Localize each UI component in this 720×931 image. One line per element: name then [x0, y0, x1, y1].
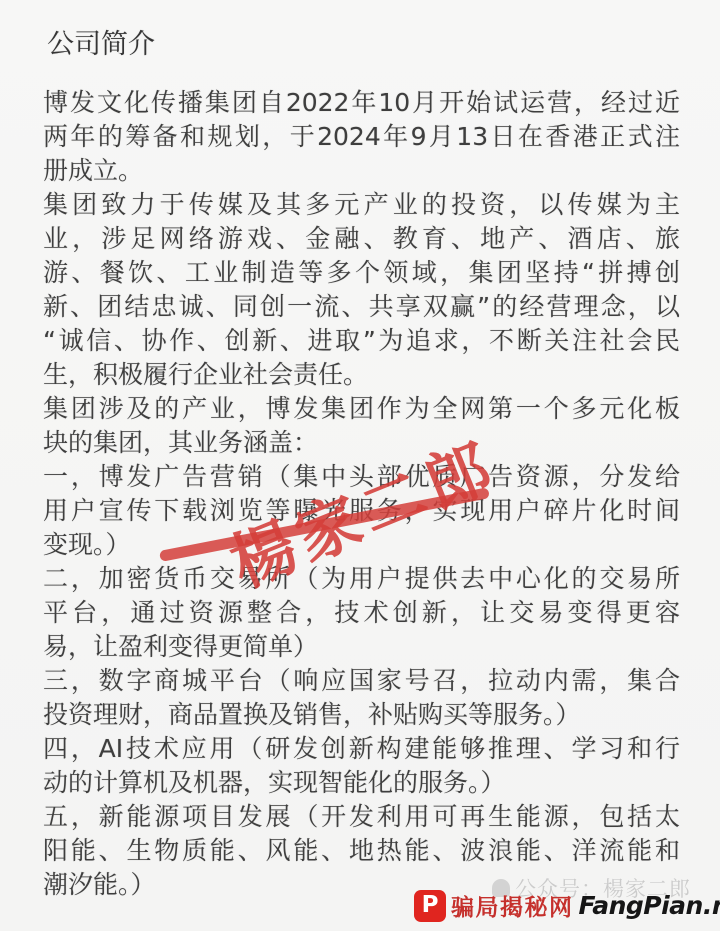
- body-line: 游、餐饮、工业制造等多个领域，集团坚持“拼搏创: [43, 256, 680, 290]
- body-line: 变现。）: [43, 528, 680, 562]
- list-item-1-advertising: 一，博发广告营销（集中头部优质广告资源，分发给 用户宣传下载浏览等曝光服务，实现…: [43, 460, 680, 562]
- body-line: 册成立。: [43, 154, 680, 188]
- body-line: 集团致力于传媒及其多元产业的投资，以传媒为主: [43, 188, 680, 222]
- body-line: 业，涉足网络游戏、金融、教育、地产、酒店、旅: [43, 222, 680, 256]
- body-line: 五，新能源项目发展（开发利用可再生能源，包括太: [43, 800, 680, 834]
- paragraph-intro: 博发文化传播集团自2022年10月开始试运营，经过近 两年的筹备和规划，于202…: [43, 86, 680, 188]
- site-watermark: P 骗局揭秘网 FangPian.net: [414, 889, 720, 922]
- body-line: 三，数字商城平台（响应国家号召，拉动内需，集合: [43, 664, 680, 698]
- list-item-2-crypto-exchange: 二，加密货币交易所（为用户提供去中心化的交易所 平台，通过资源整合，技术创新，让…: [43, 562, 680, 664]
- body-line: 动的计算机及机器，实现智能化的服务。）: [43, 766, 680, 800]
- body-line: 易，让盈利变得更简单）: [43, 630, 680, 664]
- article-body: 公司简介 博发文化传播集团自2022年10月开始试运营，经过近 两年的筹备和规划…: [43, 28, 680, 902]
- body-line: 四，AI技术应用（研发创新构建能够推理、学习和行: [43, 732, 680, 766]
- body-line: 两年的筹备和规划，于2024年9月13日在香港正式注: [43, 120, 680, 154]
- body-line: 博发文化传播集团自2022年10月开始试运营，经过近: [43, 86, 680, 120]
- body-line: 块的集团，其业务涵盖：: [43, 426, 680, 460]
- article-screenshot: 公司简介 博发文化传播集团自2022年10月开始试运营，经过近 两年的筹备和规划…: [0, 0, 720, 931]
- body-line: 集团涉及的产业，博发集团作为全网第一个多元化板: [43, 392, 680, 426]
- site-name-en: FangPian.net: [579, 891, 720, 920]
- body-line: 用户宣传下载浏览等曝光服务，实现用户碎片化时间: [43, 494, 680, 528]
- paragraph-mission: 集团致力于传媒及其多元产业的投资，以传媒为主 业，涉足网络游戏、金融、教育、地产…: [43, 188, 680, 392]
- paragraph-industries: 集团涉及的产业，博发集团作为全网第一个多元化板 块的集团，其业务涵盖：: [43, 392, 680, 460]
- list-item-4-ai: 四，AI技术应用（研发创新构建能够推理、学习和行 动的计算机及机器，实现智能化的…: [43, 732, 680, 800]
- body-line: “诚信、协作、创新、进取”为追求，不断关注社会民: [43, 324, 680, 358]
- body-line: 一，博发广告营销（集中头部优质广告资源，分发给: [43, 460, 680, 494]
- body-line: 投资理财，商品置换及销售，补贴购买等服务。）: [43, 698, 680, 732]
- list-item-3-digital-mall: 三，数字商城平台（响应国家号召，拉动内需，集合 投资理财，商品置换及销售，补贴购…: [43, 664, 680, 732]
- body-line: 新、团结忠诚、同创一流、共享双赢”的经营理念，以: [43, 290, 680, 324]
- body-line: 生，积极履行企业社会责任。: [43, 358, 680, 392]
- body-line: 二，加密货币交易所（为用户提供去中心化的交易所: [43, 562, 680, 596]
- body-line: 平台，通过资源整合，技术创新，让交易变得更容: [43, 596, 680, 630]
- page-title: 公司简介: [47, 28, 680, 62]
- fangpian-logo-icon: P: [414, 890, 446, 922]
- site-name-cn: 骗局揭秘网: [451, 889, 574, 922]
- body-line: 阳能、生物质能、风能、地热能、波浪能、洋流能和: [43, 834, 680, 868]
